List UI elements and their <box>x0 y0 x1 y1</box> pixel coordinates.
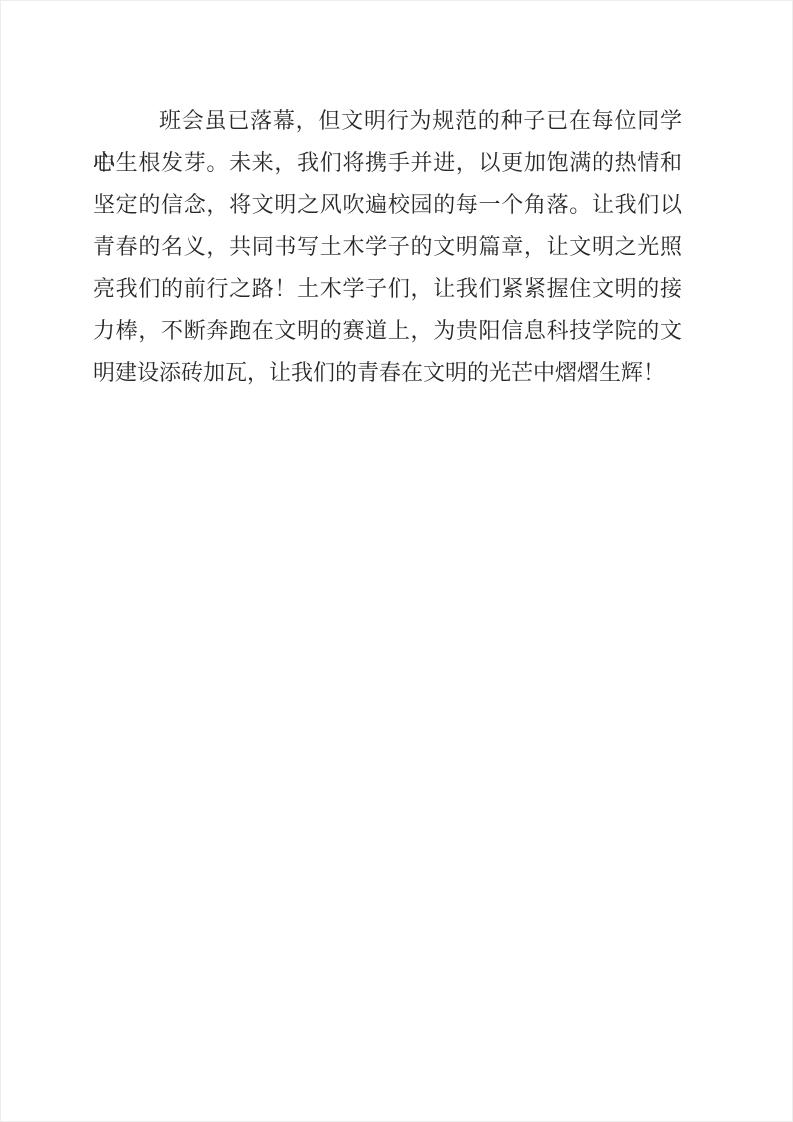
paragraph-line: 明建设添砖加瓦，让我们的青春在文明的光芒中熠熠生辉！ <box>93 352 682 394</box>
paragraph-line: 亮我们的前行之路！土木学子们，让我们紧紧握住文明的接 <box>93 268 682 310</box>
document-page: 班会虽已落幕，但文明行为规范的种子已在每位同学心 中生根发芽。未来，我们将携手并… <box>0 0 793 1122</box>
paragraph-line: 青春的名义，共同书写土木学子的文明篇章，让文明之光照 <box>93 226 682 268</box>
paragraph-line: 班会虽已落幕，但文明行为规范的种子已在每位同学心 <box>93 100 682 142</box>
body-paragraph: 班会虽已落幕，但文明行为规范的种子已在每位同学心 中生根发芽。未来，我们将携手并… <box>93 100 682 394</box>
paragraph-line: 力棒，不断奔跑在文明的赛道上，为贵阳信息科技学院的文 <box>93 310 682 352</box>
paragraph-line: 坚定的信念，将文明之风吹遍校园的每一个角落。让我们以 <box>93 184 682 226</box>
paragraph-line: 中生根发芽。未来，我们将携手并进，以更加饱满的热情和 <box>93 142 682 184</box>
